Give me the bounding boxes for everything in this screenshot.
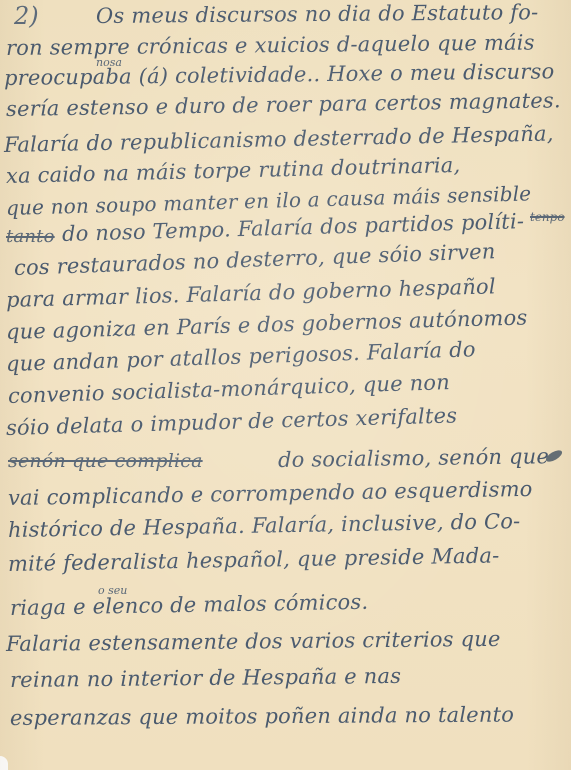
manuscript-line-15: do socialismo, senón que — [278, 444, 549, 472]
struck-word-tenpo: tenpo — [530, 210, 565, 224]
manuscript-page: 2) Os meus discursos no dia do Estatuto … — [0, 0, 571, 770]
manuscript-line-10: para armar lios. Falaría do goberno hesp… — [6, 274, 496, 312]
manuscript-line-16: vai complicando e corrompendo ao esquerd… — [8, 477, 533, 510]
paper-corner-chip — [0, 756, 8, 770]
manuscript-line-19: riaga e elenco de malos cómicos. — [10, 590, 369, 620]
manuscript-line-18: mité federalista hespañol, que preside M… — [8, 543, 500, 576]
manuscript-line-5: Falaría do republicanismo desterrado de … — [4, 121, 554, 157]
manuscript-line-14: sóio delata o impudor de certos xerifalt… — [6, 403, 458, 440]
manuscript-line-3: preocupaba (á) coletividade.. Hoxe o meu… — [4, 59, 555, 90]
manuscript-line-1: Os meus discursos no dia do Estatuto fo- — [96, 0, 539, 28]
struck-word-tanto: tanto — [6, 226, 55, 247]
manuscript-line-22: esperanzas que moitos poñen ainda no tal… — [10, 702, 514, 730]
manuscript-line-17: histórico de Hespaña. Falaría, inclusive… — [8, 509, 521, 542]
manuscript-line-20: Falaria estensamente dos varios criterio… — [6, 627, 501, 656]
manuscript-line-12: que andan por atallos perigosos. Falaría… — [6, 337, 476, 376]
manuscript-line-21: reinan no interior de Hespaña e nas — [10, 664, 401, 692]
manuscript-line-6: xa caido na máis torpe rutina doutrinari… — [6, 153, 461, 188]
manuscript-line-4: sería estenso e duro de roer para certos… — [6, 88, 561, 121]
manuscript-line-13: convenio socialista-monárquico, que non — [8, 370, 451, 408]
page-number: 2) — [14, 2, 39, 30]
struck-phrase-senon-que-complica: senón que complica — [8, 450, 203, 472]
manuscript-line-2: ron sempre crónicas e xuicios d-aquelo q… — [6, 30, 535, 60]
